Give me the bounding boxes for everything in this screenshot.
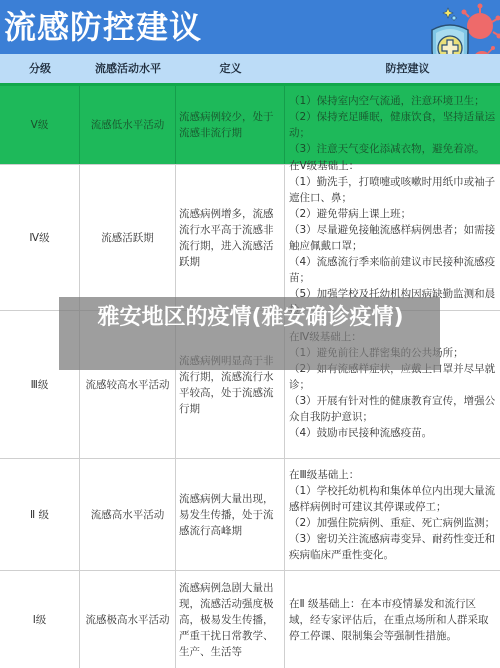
- definition-cell: 流感病例大量出现，易发生传播，处于流感流行高峰期: [176, 459, 285, 570]
- definition-cell: 流感病例急剧大量出现，流感活动强度极高，极易发生传播，严重干扰日常教学、生产、生…: [176, 571, 285, 668]
- advice-line: （4）流感流行季来临前建议市民接种流感疫苗；: [289, 254, 496, 286]
- activity-cell: 流感低水平活动: [80, 86, 176, 164]
- advice-cell: 在Ⅲ级基础上： （1）学校托幼机构和集体单位内出现大量流感样病例时可建议其停课或…: [285, 459, 500, 570]
- level-cell: Ⅴ级: [0, 86, 80, 164]
- table-row: Ⅴ级 流感低水平活动 流感病例较少，处于流感非流行期 （1）保持室内空气流通，注…: [0, 83, 500, 165]
- header-activity: 流感活动水平: [80, 54, 176, 83]
- table-row: Ⅰ级 流感极高水平活动 流感病例急剧大量出现，流感活动强度极高，极易发生传播，严…: [0, 571, 500, 668]
- caption-overlay: 雅安地区的疫情(雅安确诊疫情): [59, 297, 440, 370]
- advice-line: 在Ⅲ级基础上：: [289, 467, 496, 483]
- header-level: 分级: [0, 54, 80, 83]
- header-advice: 防控建议: [285, 54, 500, 83]
- advice-line: （1）学校托幼机构和集体单位内出现大量流感样病例时可建议其停课或停工；: [289, 483, 496, 515]
- advice-line: （2）避免带病上课上班；: [289, 206, 496, 222]
- advice-line: （3）开展有针对性的健康教育宣传，增强公众自我防护意识；: [289, 393, 496, 425]
- page-title: 流感防控建议: [4, 8, 202, 46]
- advice-line: （1）勤洗手，打喷嚏或咳嗽时用纸巾或袖子遮住口、鼻；: [289, 174, 496, 206]
- advice-line: （2）保持充足睡眠，健康饮食，坚持适量运动；: [289, 109, 496, 141]
- advice-line: （1）保持室内空气流通，注意环境卫生；: [289, 93, 496, 109]
- table-header: 分级 流感活动水平 定义 防控建议: [0, 54, 500, 83]
- advice-line: （4）鼓励市民接种流感疫苗。: [289, 425, 496, 441]
- activity-cell: 流感高水平活动: [80, 459, 176, 570]
- activity-cell: 流感活跃期: [80, 165, 176, 310]
- advice-line: （3）尽量避免接触流感样病例患者；如需接触应佩戴口罩；: [289, 222, 496, 254]
- advice-line: 在Ⅱ 级基础上：在本市疫情暴发和流行区域，经专家评估后，在重点场所和人群采取停工…: [289, 596, 496, 644]
- advice-cell: 在Ⅱ 级基础上：在本市疫情暴发和流行区域，经专家评估后，在重点场所和人群采取停工…: [285, 571, 500, 668]
- advice-line: 在Ⅴ级基础上：: [289, 158, 496, 174]
- advice-line: （3）注意天气变化添减衣物，避免着凉。: [289, 141, 496, 157]
- table-row: Ⅳ级 流感活跃期 流感病例增多，流感流行水平高于流感非流行期，进入流感活跃期 在…: [0, 165, 500, 311]
- level-cell: Ⅱ 级: [0, 459, 80, 570]
- table-row: Ⅱ 级 流感高水平活动 流感病例大量出现，易发生传播，处于流感流行高峰期 在Ⅲ级…: [0, 459, 500, 571]
- definition-cell: 流感病例增多，流感流行水平高于流感非流行期，进入流感活跃期: [176, 165, 285, 310]
- advice-line: （2）加强住院病例、重症、死亡病例监测；: [289, 515, 496, 531]
- advice-cell: 在Ⅴ级基础上： （1）勤洗手，打喷嚏或咳嗽时用纸巾或袖子遮住口、鼻； （2）避免…: [285, 165, 500, 310]
- advice-line: （3）密切关注流感病毒变异、耐药性变迁和疾病临床严重性变化。: [289, 531, 496, 563]
- advice-cell: （1）保持室内空气流通，注意环境卫生； （2）保持充足睡眠，健康饮食，坚持适量运…: [285, 86, 500, 164]
- level-cell: Ⅳ级: [0, 165, 80, 310]
- activity-cell: 流感极高水平活动: [80, 571, 176, 668]
- header-definition: 定义: [176, 54, 285, 83]
- sparkle-icon: [443, 8, 457, 21]
- definition-cell: 流感病例较少，处于流感非流行期: [176, 86, 285, 164]
- level-cell: Ⅰ级: [0, 571, 80, 668]
